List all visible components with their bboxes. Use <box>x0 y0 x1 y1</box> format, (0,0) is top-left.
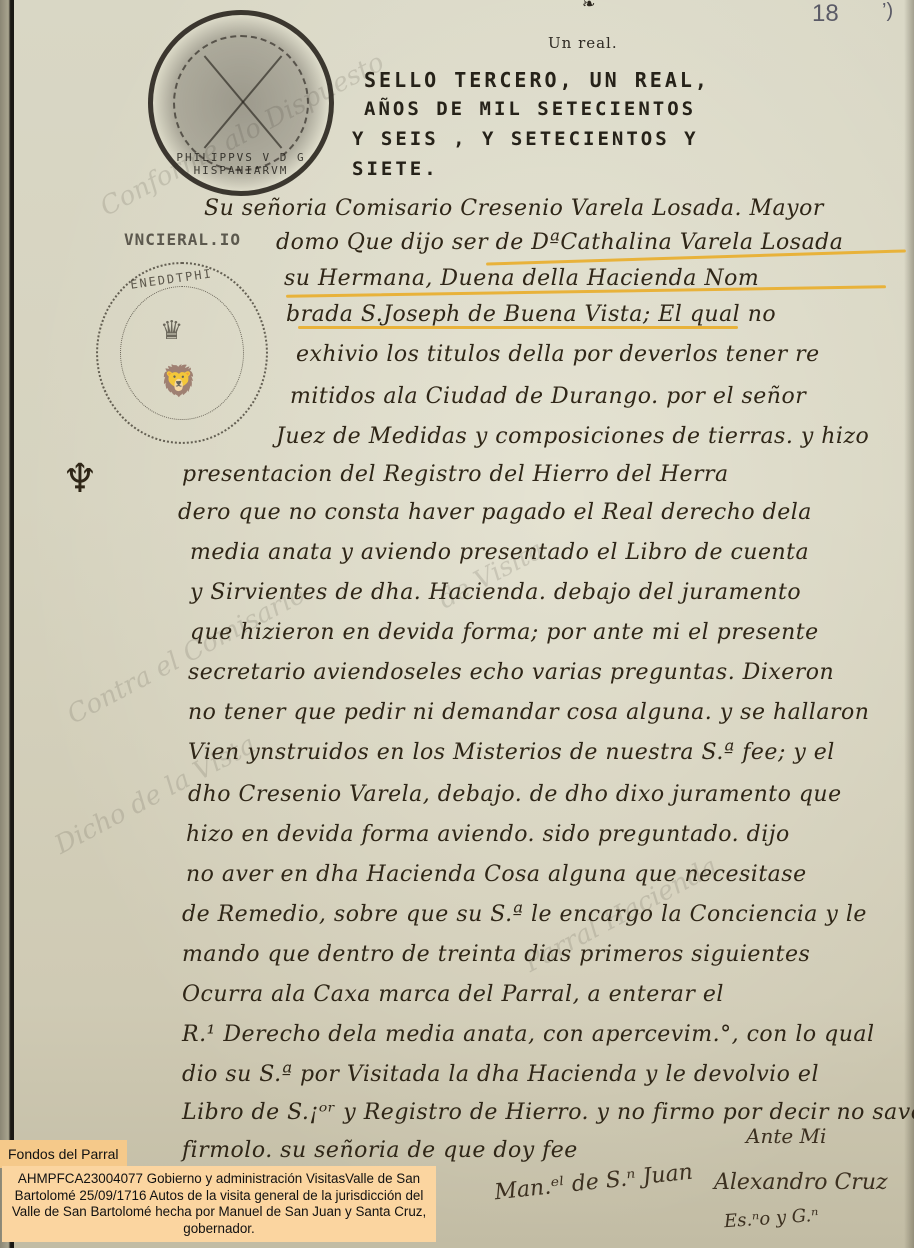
manuscript-line: mitidos ala Ciudad de Durango. por el se… <box>290 384 806 409</box>
manuscript-line: dho Cresenio Varela, debajo. de dho dixo… <box>188 782 842 807</box>
crown-mark-icon: ❧ <box>582 0 595 13</box>
manuscript-line: no aver en dha Hacienda Cosa alguna que … <box>186 862 807 887</box>
signature: Ante Mi <box>746 1124 826 1148</box>
signature: Man.ᵉˡ de S.ⁿ Juan <box>493 1160 694 1206</box>
manuscript-line: que hizieron en devida forma; por ante m… <box>190 620 819 645</box>
manuscript-line: brada S.Joseph de Buena Vista; El qual n… <box>286 302 776 327</box>
seal-inner-ring <box>120 286 244 420</box>
stamp-denomination: Un real. <box>548 34 618 52</box>
royal-coat-of-arms-seal: ENEDDTPHI ♛ 🦁 <box>96 262 268 444</box>
page-edge-shadow <box>904 0 914 1248</box>
manuscript-line: dio su S.ª por Visitada la dha Hacienda … <box>182 1062 819 1087</box>
manuscript-line: media anata y aviendo presentado el Libr… <box>190 540 809 565</box>
book-binding-edge <box>0 0 14 1248</box>
highlight-underline <box>298 326 738 329</box>
manuscript-line: dero que no consta haver pagado el Real … <box>178 500 812 525</box>
printed-header-line: AÑOS DE MIL SETECIENTOS <box>364 98 696 120</box>
manuscript-line: R.¹ Derecho dela media anata, con aperce… <box>182 1022 875 1047</box>
manuscript-line: Ocurra ala Caxa marca del Parral, a ente… <box>182 982 724 1007</box>
manuscript-line: domo Que dijo ser de DªCathalina Varela … <box>276 230 843 255</box>
manuscript-line: exhivio los titulos della por deverlos t… <box>296 342 820 367</box>
manuscript-line: hizo en devida forma aviendo. sido pregu… <box>186 822 790 847</box>
folio-mark: ’) <box>882 0 893 23</box>
printed-header-line: SIETE. <box>352 158 439 180</box>
manuscript-line: Libro de S.¡ᵒʳ y Registro de Hierro. y n… <box>182 1100 914 1125</box>
signature: Alexandro Cruz <box>714 1170 888 1195</box>
lion-icon: 🦁 <box>160 364 197 399</box>
manuscript-line: mando que dentro de treinta dias primero… <box>182 942 810 967</box>
royal-seal-stamp: PHILIPPVS V D G HISPANIARVM <box>148 10 334 196</box>
printed-header-line: SELLO TERCERO, UN REAL, <box>364 68 710 92</box>
manuscript-line: firmolo. su señoria de que doy fee <box>182 1138 578 1163</box>
manuscript-line: no tener que pedir ni demandar cosa algu… <box>188 700 869 725</box>
signature: Es.ⁿo y G.ⁿ <box>723 1205 819 1233</box>
manuscript-line: Vien ynstruidos en los Misterios de nues… <box>188 740 835 765</box>
crown-icon: ♛ <box>160 316 183 346</box>
seal-text: PHILIPPVS V D G HISPANIARVM <box>153 151 329 177</box>
stamp-label: VNCIERAL.IO <box>124 230 241 249</box>
source-label: Fondos del Parral <box>0 1140 127 1168</box>
manuscript-line: su Hermana, Duena della Hacienda Nom <box>284 266 759 291</box>
manuscript-line: Su señoria Comisario Cresenio Varela Los… <box>204 196 824 221</box>
manuscript-line: y Sirvientes de dha. Hacienda. debajo de… <box>190 580 801 605</box>
folio-number: 18 <box>812 0 839 28</box>
manuscript-line: Juez de Medidas y composiciones de tierr… <box>276 424 869 449</box>
printed-header-line: Y SEIS , Y SETECIENTOS Y <box>352 128 699 150</box>
manuscript-line: de Remedio, sobre que su S.ª le encargo … <box>182 902 867 927</box>
margin-symbol-icon: ♆ <box>62 456 98 502</box>
manuscript-line: presentacion del Registro del Hierro del… <box>182 462 729 487</box>
manuscript-page: Conforme alo Dispuesto Contra el Comisar… <box>14 0 914 1248</box>
manuscript-line: secretario aviendoseles echo varias preg… <box>188 660 834 685</box>
document-caption: AHMPFCA23004077 Gobierno y administració… <box>2 1166 436 1242</box>
